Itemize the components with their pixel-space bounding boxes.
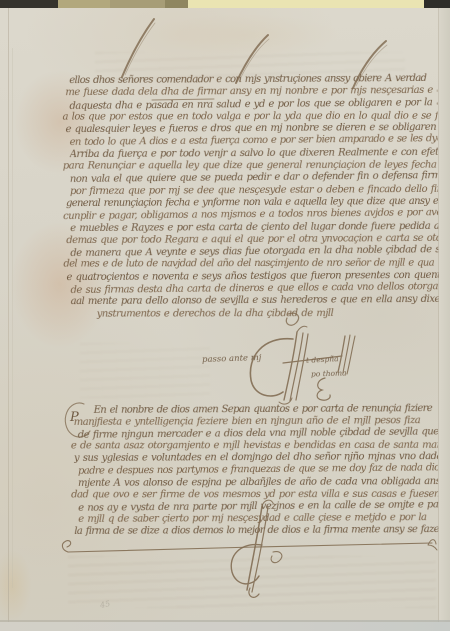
notary-signature-word: po thoma [311, 368, 347, 378]
manuscript-page: ellos dhos señores comendador e con mjs … [0, 8, 450, 622]
binding-segment-tan [58, 0, 110, 8]
next-page-edge-strip [0, 622, 450, 631]
notary-signature-word: t despña [306, 354, 339, 365]
manuscript-scan: ellos dhos señores comendador e con mjs … [0, 0, 450, 631]
manuscript-line: a los que por estos que en todo valga e … [62, 110, 437, 123]
page-fold-edge-left [8, 8, 9, 622]
binding-segment-pale-yellow [188, 0, 424, 8]
manuscript-line: e de santa asaz otorgamjento e mjll hevi… [71, 440, 438, 453]
binding-segment-olive [165, 0, 188, 8]
verso-bleed-through [80, 343, 210, 398]
binding-segment-black-right [424, 0, 450, 8]
verso-bleed-through [68, 556, 436, 608]
manuscript-line: mjente A vos alonso de espjna pe albañjl… [78, 476, 438, 490]
manuscript-line: la firma de se dize a dios demos lo mejo… [74, 524, 438, 538]
notary-attestation: passo ante mj [202, 353, 262, 365]
folio-number: 45 [99, 599, 111, 610]
stain [150, 14, 340, 56]
binding-segment-black-left [0, 0, 58, 8]
manuscript-line: ynstrumentos e derechos de la dha çibdad… [97, 308, 337, 321]
binding-segment-tan-dark [110, 0, 165, 8]
page-fold-edge-left-faint [12, 48, 13, 588]
text-block-1: ellos dhos señores comendador e con mjs … [69, 73, 438, 321]
binding-strip [0, 0, 450, 8]
page-edge-sliver-right [439, 8, 450, 622]
manuscript-line: del mes e de luto de navjdad del año del… [63, 258, 438, 271]
stain [0, 538, 38, 631]
text-block-2: En el nonbre de dios amen Sepan quantos … [78, 403, 439, 538]
